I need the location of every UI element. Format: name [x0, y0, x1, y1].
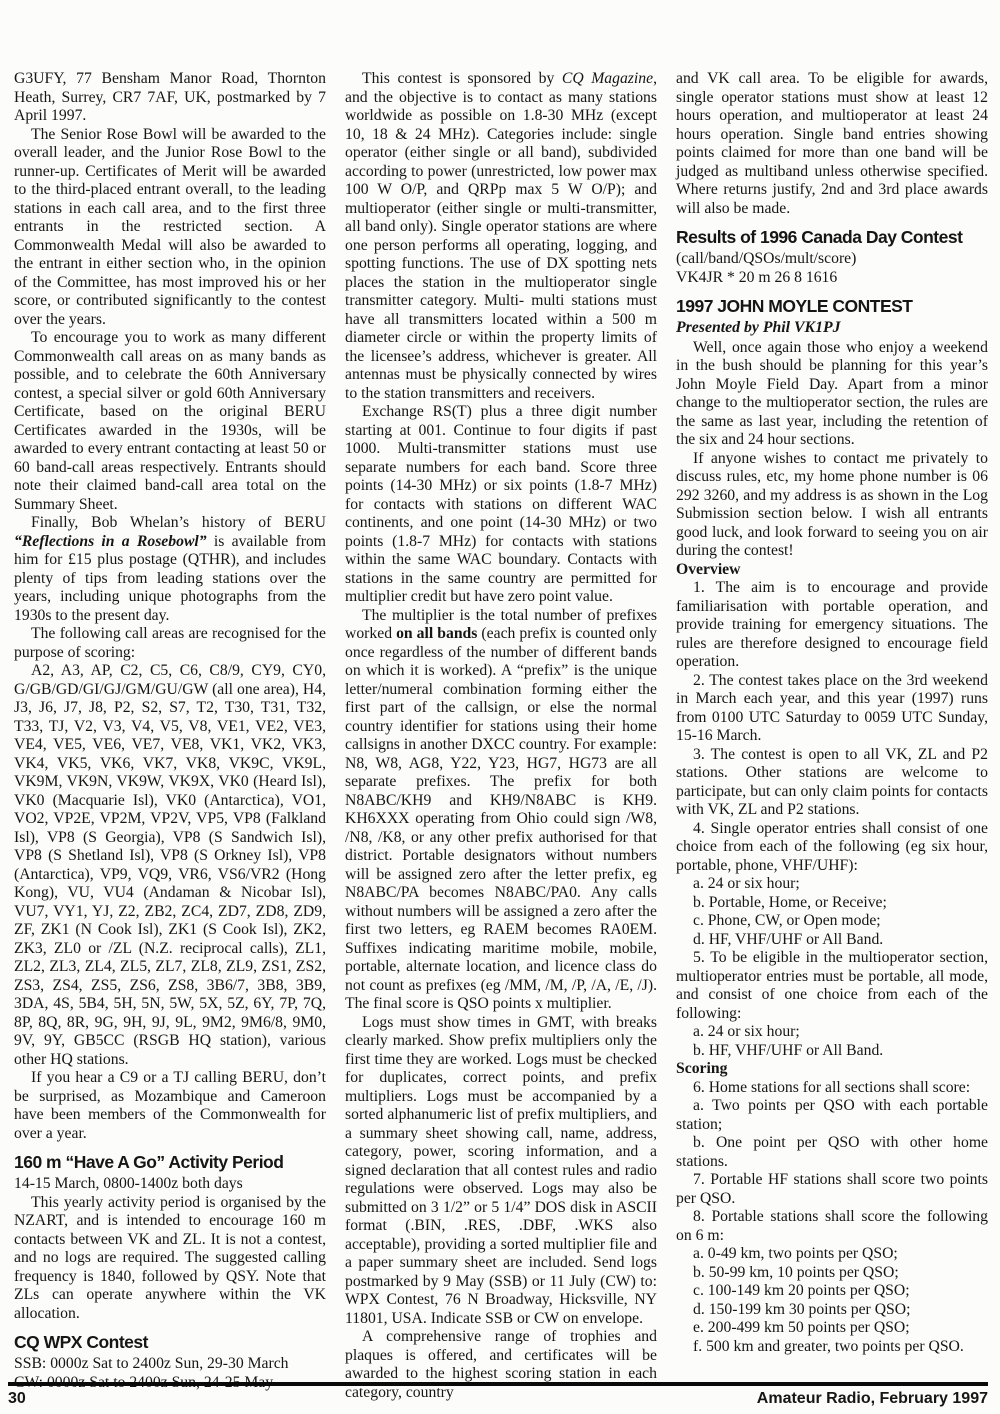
rule-5b: b. HF, VHF/UHF or All Band.: [676, 1042, 988, 1061]
book-title-italic: “Reflections in a Rosebowl”: [14, 533, 207, 550]
section-heading-160m-activity: 160 m “Have A Go” Activity Period: [14, 1152, 326, 1172]
paragraph-moyle-intro: Well, once again those who enjoy a weeke…: [676, 339, 988, 450]
paragraph-call-areas-list: A2, A3, AP, C2, C5, C6, C8/9, CY9, CY0, …: [14, 662, 326, 1069]
section-heading-john-moyle: 1997 JOHN MOYLE CONTEST: [676, 296, 988, 316]
rule-5a: a. 24 or six hour;: [676, 1023, 988, 1042]
subheading-scoring: Scoring: [676, 1060, 988, 1079]
paragraph-wpx-sponsor: This contest is sponsored by CQ Magazine…: [345, 70, 657, 403]
rule-6b: b. One point per QSO with other home sta…: [676, 1134, 988, 1171]
paragraph-log-requirements: Logs must show times in GMT, with breaks…: [345, 1014, 657, 1329]
magazine-name-italic: CQ Magazine: [562, 70, 653, 87]
footer-rule: [8, 1382, 988, 1386]
text-run: This contest is sponsored by: [362, 70, 562, 87]
byline-phil-vk1pj: Presented by Phil VK1PJ: [676, 319, 988, 338]
paragraph-160m-details: This yearly activity period is organised…: [14, 1194, 326, 1324]
emphasis-all-bands: on all bands: [396, 625, 477, 642]
rule-8e: e. 200-499 km 50 points per QSO;: [676, 1319, 988, 1338]
issue-title: Amateur Radio, February 1997: [757, 1390, 988, 1408]
column-3: and VK call area. To be eligible for awa…: [676, 70, 988, 1402]
rule-5-multioperator: 5. To be eligible in the multioperator s…: [676, 949, 988, 1023]
paragraph-c9-tj: If you hear a C9 or a TJ calling BERU, d…: [14, 1069, 326, 1143]
paragraph-exchange-scoring: Exchange RS(T) plus a three digit number…: [345, 403, 657, 607]
page-number: 30: [8, 1390, 26, 1408]
rule-3-eligibility: 3. The contest is open to all VK, ZL and…: [676, 746, 988, 820]
paragraph-call-areas-intro: The following call areas are recognised …: [14, 625, 326, 662]
rule-4a: a. 24 or six hour;: [676, 875, 988, 894]
rule-6-home-stations: 6. Home stations for all sections shall …: [676, 1079, 988, 1098]
rule-8c: c. 100-149 km 20 points per QSO;: [676, 1282, 988, 1301]
results-key-line: (call/band/QSOs/mult/score): [676, 250, 988, 269]
paragraph-awards-continuation: and VK call area. To be eligible for awa…: [676, 70, 988, 218]
section-heading-cq-wpx: CQ WPX Contest: [14, 1332, 326, 1352]
section-heading-canada-day-results: Results of 1996 Canada Day Contest: [676, 227, 988, 247]
rule-8-portable-6m: 8. Portable stations shall score the fol…: [676, 1208, 988, 1245]
text-run: Finally, Bob Whelan’s history of BERU: [31, 514, 326, 531]
rule-4-single-operator: 4. Single operator entries shall consist…: [676, 820, 988, 876]
paragraph-address-continuation: G3UFY, 77 Bensham Manor Road, Thornton H…: [14, 70, 326, 126]
rule-4c: c. Phone, CW, or Open mode;: [676, 912, 988, 931]
rule-1-aim: 1. The aim is to encourage and provide f…: [676, 579, 988, 672]
paragraph-multiplier-rules: The multiplier is the total number of pr…: [345, 607, 657, 1014]
magazine-page: G3UFY, 77 Bensham Manor Road, Thornton H…: [0, 0, 1000, 1414]
rule-8b: b. 50-99 km, 10 points per QSO;: [676, 1264, 988, 1283]
results-entry-vk4jr: VK4JR * 20 m 26 8 1616: [676, 269, 988, 288]
subheading-overview: Overview: [676, 561, 988, 580]
schedule-line-160m: 14-15 March, 0800-1400z both days: [14, 1175, 326, 1194]
paragraph-contact-phone: If anyone wishes to contact me privately…: [676, 450, 988, 561]
content-columns: G3UFY, 77 Bensham Manor Road, Thornton H…: [14, 70, 988, 1402]
rule-6a: a. Two points per QSO with each portable…: [676, 1097, 988, 1134]
rule-4d: d. HF, VHF/UHF or All Band.: [676, 931, 988, 950]
rule-2-dates: 2. The contest takes place on the 3rd we…: [676, 672, 988, 746]
schedule-line-ssb: SSB: 0000z Sat to 2400z Sun, 29-30 March: [14, 1355, 326, 1374]
rule-7-portable-hf: 7. Portable HF stations shall score two …: [676, 1171, 988, 1208]
rule-8d: d. 150-199 km 30 points per QSO;: [676, 1301, 988, 1320]
text-run: (each prefix is counted only once regard…: [345, 625, 657, 1012]
text-run: , and the objective is to contact as man…: [345, 70, 657, 402]
paragraph-anniversary: To encourage you to work as many differe…: [14, 329, 326, 514]
rule-4b: b. Portable, Home, or Receive;: [676, 894, 988, 913]
paragraph-rose-bowl: The Senior Rose Bowl will be awarded to …: [14, 126, 326, 330]
paragraph-rosebowl-book: Finally, Bob Whelan’s history of BERU “R…: [14, 514, 326, 625]
column-1: G3UFY, 77 Bensham Manor Road, Thornton H…: [14, 70, 326, 1402]
rule-8f: f. 500 km and greater, two points per QS…: [676, 1338, 988, 1357]
rule-8a: a. 0-49 km, two points per QSO;: [676, 1245, 988, 1264]
page-footer: 30 Amateur Radio, February 1997: [8, 1390, 988, 1408]
column-2: This contest is sponsored by CQ Magazine…: [345, 70, 657, 1402]
